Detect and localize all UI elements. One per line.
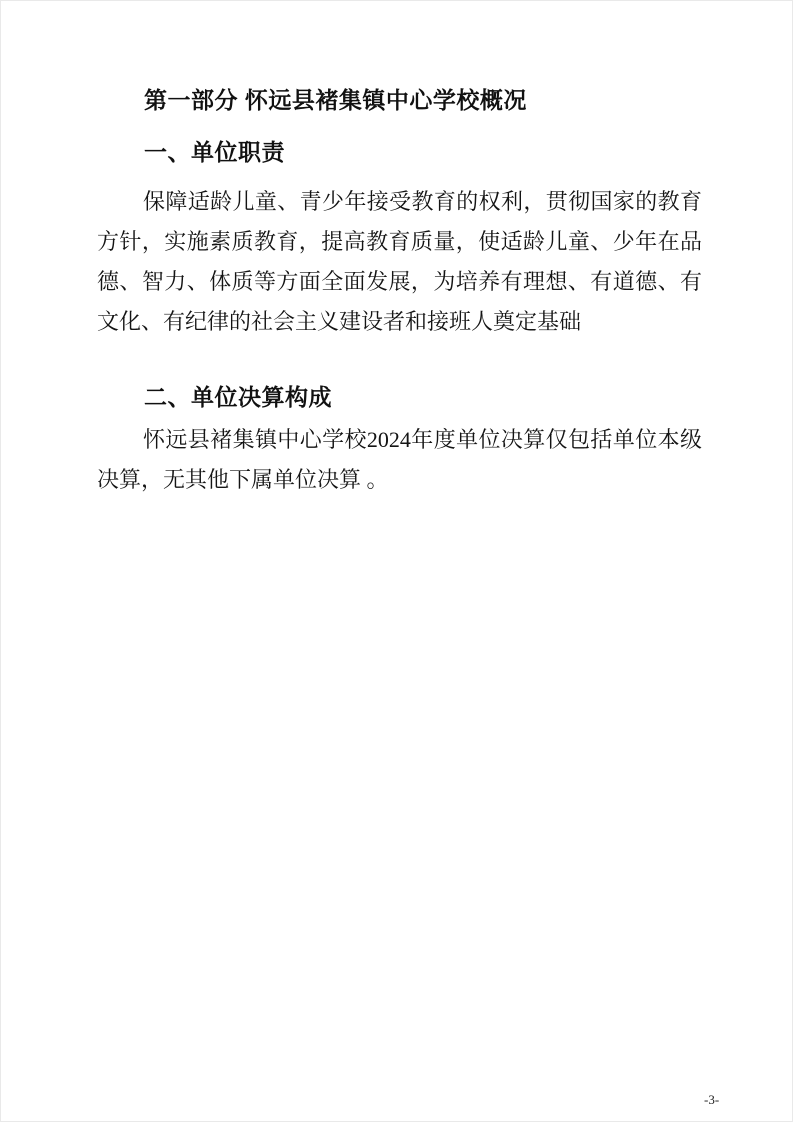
section-1-heading: 一、单位职责: [97, 139, 702, 166]
document-content: 第一部分 怀远县褚集镇中心学校概况 一、单位职责 保障适龄儿童、青少年接受教育的…: [1, 87, 792, 500]
section-2-paragraph: 怀远县褚集镇中心学校2024年度单位决算仅包括单位本级决算，无其他下属单位决算 …: [97, 420, 702, 500]
page-number: -3-: [704, 1092, 719, 1108]
section-2-heading: 二、单位决算构成: [97, 384, 702, 411]
document-title: 第一部分 怀远县褚集镇中心学校概况: [97, 87, 702, 114]
section-unit-duties: 一、单位职责 保障适龄儿童、青少年接受教育的权利，贯彻国家的教育方针，实施素质教…: [97, 139, 702, 342]
document-page: 第一部分 怀远县褚集镇中心学校概况 一、单位职责 保障适龄儿童、青少年接受教育的…: [0, 0, 793, 1122]
section-budget-composition: 二、单位决算构成 怀远县褚集镇中心学校2024年度单位决算仅包括单位本级决算，无…: [97, 384, 702, 500]
section-1-paragraph: 保障适龄儿童、青少年接受教育的权利，贯彻国家的教育方针，实施素质教育，提高教育质…: [97, 182, 702, 342]
